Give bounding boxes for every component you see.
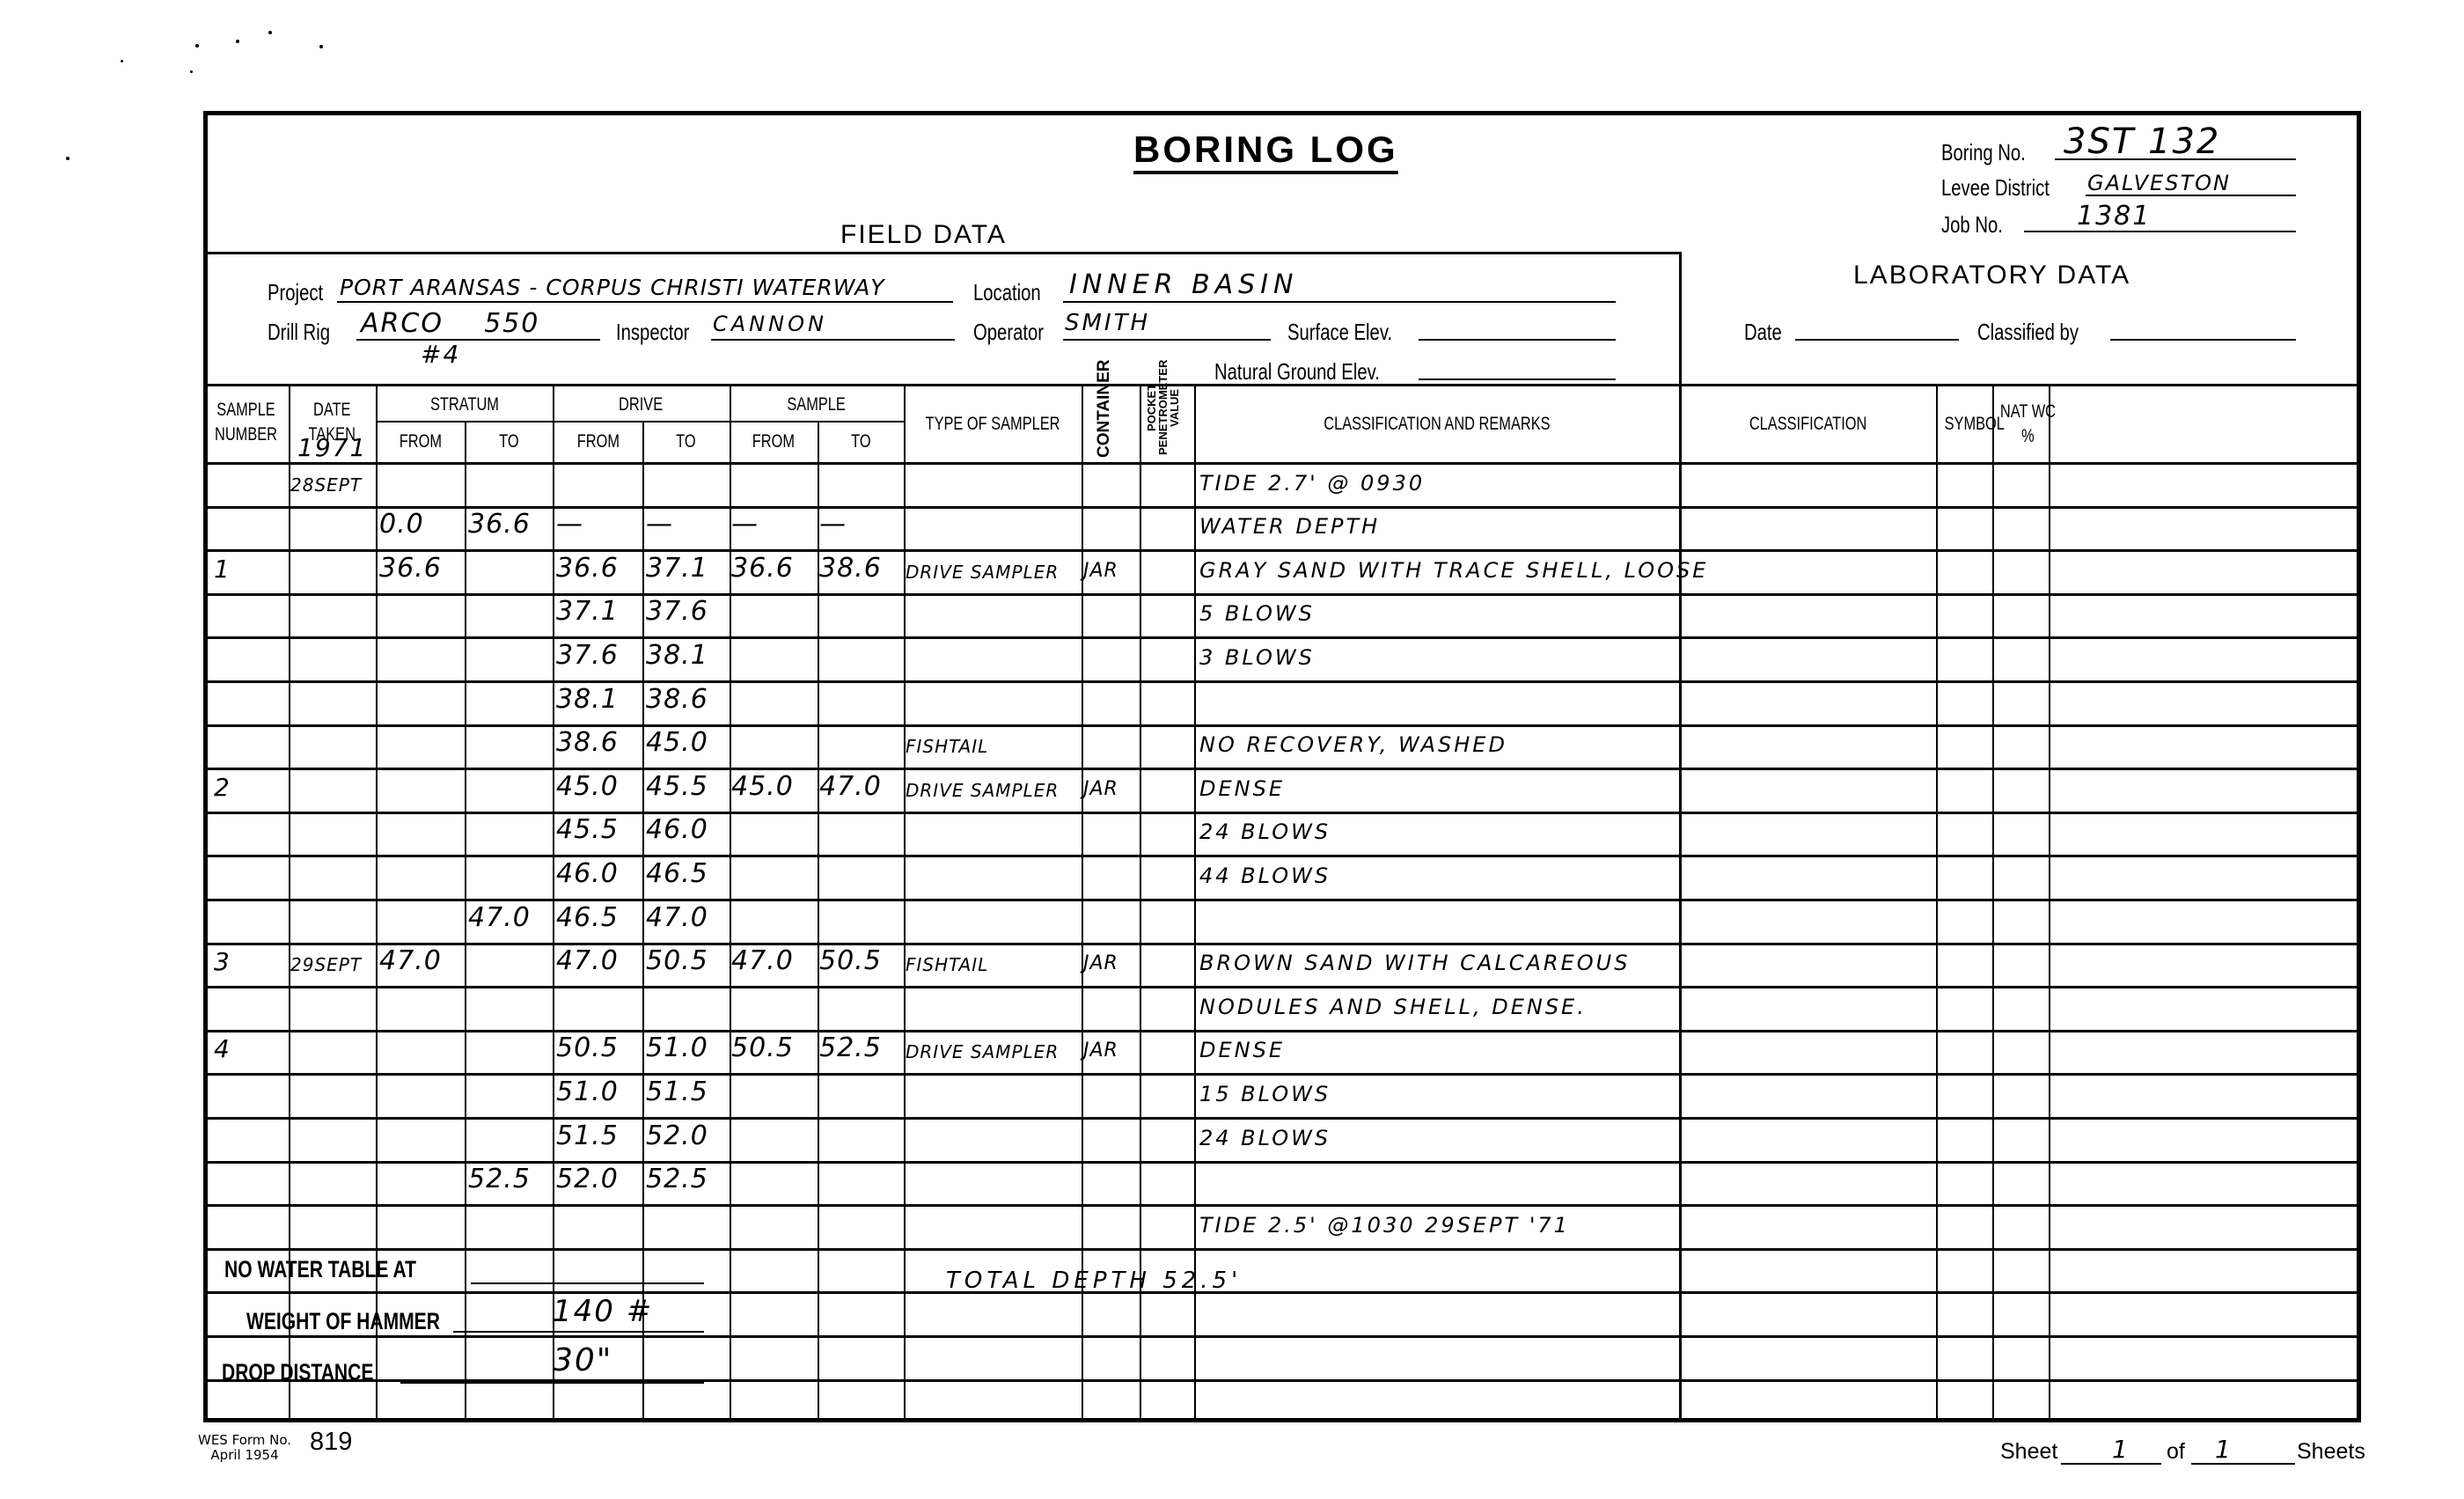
col-to: TO (818, 431, 904, 452)
drive-to-cell[interactable]: 51.0 (646, 1032, 708, 1063)
remarks-cell[interactable]: TIDE 2.5' @1030 29SEPT '71 (1199, 1213, 1570, 1238)
project-line (337, 301, 953, 303)
project-label: Project (268, 279, 339, 306)
container-cell[interactable]: JAR (1083, 778, 1118, 800)
drop-distance-value[interactable]: 30" (553, 1342, 612, 1378)
remarks-cell[interactable]: 44 BLOWS (1199, 863, 1331, 888)
remarks-cell[interactable]: 24 BLOWS (1199, 1126, 1331, 1150)
classified-by-field[interactable] (2110, 339, 2296, 341)
remarks-cell[interactable]: 15 BLOWS (1199, 1082, 1331, 1106)
remarks-cell[interactable]: 24 BLOWS (1199, 819, 1331, 844)
col-classification: CLASSIFICATION (1680, 414, 1936, 435)
container-cell[interactable]: JAR (1083, 1040, 1118, 1062)
operator-line (1063, 339, 1271, 341)
drop-distance-line (400, 1382, 704, 1384)
drop-distance-label: DROP DISTANCE (222, 1359, 416, 1386)
scan-speck (66, 157, 70, 160)
natural-ground-elev-label: Natural Ground Elev. (1214, 358, 1426, 386)
sampler-type-cell[interactable]: DRIVE SAMPLER (906, 780, 1059, 801)
sample-from-cell[interactable]: 36.6 (731, 553, 794, 584)
job-no-label: Job No. (1941, 211, 2020, 239)
operator-value[interactable]: SMITH (1065, 310, 1150, 336)
drive-from-cell[interactable]: 52.0 (556, 1164, 619, 1194)
sample-to-cell[interactable]: 52.5 (819, 1032, 882, 1063)
lab-date-label: Date (1744, 319, 1793, 346)
drill-rig-line (356, 339, 600, 341)
col-from: FROM (554, 431, 642, 452)
classified-by-label: Classified by (1977, 319, 2107, 346)
sample-to-cell[interactable]: 38.6 (819, 553, 882, 584)
inspector-label: Inspector (616, 319, 710, 346)
drive-from-cell[interactable]: 37.6 (556, 640, 619, 671)
sample-to-cell[interactable]: — (819, 509, 847, 540)
col-to: TO (642, 431, 730, 452)
hammer-weight-value[interactable]: 140 # (553, 1294, 653, 1329)
sample-from-cell[interactable]: 47.0 (731, 945, 794, 976)
row-divider (203, 1335, 2361, 1338)
drive-to-cell[interactable]: 52.5 (646, 1164, 708, 1194)
sample-from-cell[interactable]: 45.0 (731, 771, 794, 802)
sample-from-cell[interactable]: 50.5 (731, 1032, 794, 1063)
sample-from-cell[interactable]: — (731, 509, 759, 540)
remarks-cell[interactable]: TIDE 2.7' @ 0930 (1199, 471, 1425, 496)
row-divider (203, 943, 2361, 945)
form-number: 819 (310, 1428, 352, 1457)
date-taken-cell[interactable]: 29SEPT (290, 954, 362, 975)
sheet-no-line (2061, 1463, 2161, 1465)
sampler-type-cell[interactable]: DRIVE SAMPLER (906, 562, 1059, 583)
row-divider (203, 1248, 2361, 1251)
column-divider (1140, 384, 1141, 1422)
sample-number-cell[interactable]: 3 (214, 947, 231, 976)
col-pocket-penetrometer: POCKET PENETROMETER VALUE (1146, 356, 1188, 459)
column-divider (1194, 384, 1196, 1422)
location-label: Location (973, 279, 1060, 306)
row-divider (203, 549, 2361, 552)
scan-speck (195, 44, 199, 48)
drive-to-cell[interactable]: 51.5 (646, 1076, 708, 1107)
job-no-value[interactable]: 1381 (2077, 201, 2151, 231)
col-from: FROM (730, 431, 818, 452)
sample-number-cell[interactable]: 2 (214, 773, 231, 802)
stratum-to-cell[interactable]: 47.0 (468, 902, 531, 933)
job-no-line (2024, 231, 2296, 232)
drive-to-cell[interactable]: 38.6 (646, 684, 708, 715)
stratum-from-cell[interactable]: 47.0 (379, 945, 442, 976)
total-sheets-line (2191, 1463, 2295, 1465)
row-divider (203, 1073, 2361, 1076)
remarks-cell[interactable]: NODULES AND SHELL, DENSE. (1199, 995, 1587, 1019)
col-drive: DRIVE (554, 394, 729, 415)
drill-rig-label: Drill Rig (268, 319, 348, 346)
row-divider (203, 812, 2361, 814)
col-container: CONTAINER (1096, 359, 1122, 458)
column-divider (1082, 384, 1083, 1422)
drive-from-cell[interactable]: 46.5 (556, 902, 619, 933)
table-header-top (203, 384, 2361, 386)
drive-from-cell[interactable]: 45.0 (556, 771, 619, 802)
location-value[interactable]: INNER BASIN (1069, 269, 1299, 300)
col-type-of-sampler: TYPE OF SAMPLER (904, 414, 1082, 435)
sampler-type-cell[interactable]: FISHTAIL (906, 736, 988, 757)
col-stratum: STRATUM (376, 394, 553, 415)
remarks-cell[interactable]: GRAY SAND WITH TRACE SHELL, LOOSE (1199, 558, 1708, 583)
of-label: of (2167, 1439, 2185, 1465)
column-divider (730, 384, 731, 1422)
sample-number-cell[interactable]: 4 (214, 1034, 231, 1063)
field-data-heading: FIELD DATA (840, 220, 1007, 250)
column-divider (1936, 384, 1938, 1422)
row-divider (203, 636, 2361, 639)
drive-to-cell[interactable]: 46.0 (646, 814, 708, 845)
row-divider (203, 724, 2361, 727)
col-symbol: SYMBOL (1936, 414, 1992, 435)
lab-date-field[interactable] (1795, 339, 1959, 341)
row-divider (203, 593, 2361, 596)
levee-district-label: Levee District (1941, 174, 2080, 202)
column-divider (2049, 384, 2050, 1422)
drive-to-cell[interactable]: 47.0 (646, 902, 708, 933)
laboratory-data-heading: LABORATORY DATA (1853, 261, 2130, 290)
drive-from-cell[interactable]: 47.0 (556, 945, 619, 976)
remarks-cell[interactable]: NO RECOVERY, WASHED (1199, 732, 1507, 757)
drive-to-cell[interactable]: 46.5 (646, 858, 708, 889)
location-line (1063, 301, 1616, 303)
drive-from-cell[interactable]: 38.6 (556, 727, 619, 758)
inspector-line (711, 339, 955, 341)
drive-to-cell[interactable]: 52.0 (646, 1121, 708, 1151)
sheets-label: Sheets (2297, 1439, 2365, 1465)
col-sample-number: SAMPLENUMBER (205, 398, 288, 447)
surface-elev-field[interactable] (1419, 339, 1616, 341)
sample-number-cell[interactable]: 1 (214, 555, 231, 584)
remarks-cell[interactable]: DENSE (1199, 776, 1285, 801)
column-divider (904, 384, 906, 1422)
col-from: FROM (376, 431, 465, 452)
row-divider (203, 1117, 2361, 1120)
remarks-cell[interactable]: DENSE (1199, 1038, 1285, 1062)
col-nat-wc: NAT WC% (1992, 400, 2049, 449)
sample-to-cell[interactable]: 47.0 (819, 771, 882, 802)
column-divider (642, 421, 644, 1422)
container-cell[interactable]: JAR (1083, 952, 1118, 974)
row-divider (203, 1030, 2361, 1032)
drive-from-cell[interactable]: 50.5 (556, 1032, 619, 1063)
drive-to-cell[interactable]: 37.1 (646, 553, 708, 584)
remarks-cell[interactable]: 3 BLOWS (1199, 645, 1315, 670)
col-to: TO (465, 431, 553, 452)
remarks-cell[interactable]: BROWN SAND WITH CALCAREOUS (1199, 951, 1630, 975)
drive-to-cell[interactable]: 50.5 (646, 945, 708, 976)
sheet-label: Sheet (2000, 1439, 2057, 1465)
hammer-weight-line (453, 1331, 704, 1333)
scan-speck (319, 45, 323, 48)
drive-from-cell[interactable]: 38.1 (556, 684, 619, 715)
row-divider (203, 768, 2361, 770)
subheader-divider (376, 421, 904, 423)
stratum-from-cell[interactable]: 0.0 (379, 509, 424, 540)
stratum-to-cell[interactable]: 52.5 (468, 1164, 531, 1194)
sampler-type-cell[interactable]: DRIVE SAMPLER (906, 1041, 1059, 1062)
drive-to-cell[interactable]: 45.5 (646, 771, 708, 802)
boring-no-label: Boring No. (1941, 139, 2050, 166)
levee-district-value[interactable]: GALVESTON (2087, 171, 2231, 195)
total-sheets[interactable]: 1 (2215, 1435, 2233, 1464)
col-classification-remarks: CLASSIFICATION AND REMARKS (1194, 414, 1679, 435)
drive-from-cell[interactable]: 51.0 (556, 1076, 619, 1107)
drive-from-cell[interactable]: 36.6 (556, 553, 619, 584)
natural-ground-elev-field[interactable] (1419, 378, 1616, 380)
drive-to-cell[interactable]: 38.1 (646, 640, 708, 671)
sampler-type-cell[interactable]: FISHTAIL (906, 954, 988, 975)
row-divider (203, 680, 2361, 683)
boring-no-value[interactable]: 3ST 132 (2064, 121, 2220, 162)
row-divider (203, 1204, 2361, 1207)
column-divider (553, 384, 554, 1422)
sample-to-cell[interactable]: 50.5 (819, 945, 882, 976)
project-value[interactable]: PORT ARANSAS - CORPUS CHRISTI WATERWAY (340, 275, 885, 300)
remarks-cell[interactable]: 5 BLOWS (1199, 601, 1315, 626)
drill-rig-value[interactable]: ARCO 550 (361, 308, 539, 339)
form-title: BORING LOG (1133, 129, 1398, 171)
stratum-from-cell[interactable]: 36.6 (379, 553, 442, 584)
drive-from-cell[interactable]: 46.0 (556, 858, 619, 889)
drive-to-cell[interactable]: 37.6 (646, 596, 708, 627)
operator-label: Operator (973, 319, 1064, 346)
drive-to-cell[interactable]: 45.0 (646, 727, 708, 758)
sheet-no[interactable]: 1 (2112, 1435, 2130, 1464)
scan-speck (236, 40, 239, 43)
row-divider (203, 1291, 2361, 1294)
drill-rig-value-line2: #4 (421, 340, 460, 369)
drive-from-cell[interactable]: 37.1 (556, 596, 619, 627)
surface-elev-label: Surface Elev. (1287, 319, 1422, 346)
date-taken-cell[interactable]: 28SEPT (290, 474, 362, 496)
remarks-cell[interactable]: WATER DEPTH (1199, 514, 1380, 539)
row-divider (203, 899, 2361, 901)
column-divider (1992, 384, 1994, 1422)
drive-to-cell[interactable]: — (646, 509, 673, 540)
scan-speck (268, 31, 272, 34)
row-divider (203, 986, 2361, 988)
col-sample: SAMPLE (730, 394, 904, 415)
scan-speck (190, 70, 193, 73)
stratum-to-cell[interactable]: 36.6 (468, 509, 531, 540)
table-header-bottom (203, 462, 2361, 465)
container-cell[interactable]: JAR (1083, 560, 1118, 582)
water-table-field[interactable] (471, 1282, 704, 1284)
field-data-divider (203, 252, 1682, 254)
date-year: 1971 (297, 433, 367, 462)
drive-from-cell[interactable]: 51.5 (556, 1121, 619, 1151)
drive-from-cell[interactable]: — (556, 509, 583, 540)
row-divider (203, 855, 2361, 857)
total-depth: TOTAL DEPTH 52.5' (946, 1268, 1242, 1294)
column-divider (1679, 384, 1681, 1422)
drive-from-cell[interactable]: 45.5 (556, 814, 619, 845)
form-number-label: WES Form No.April 1954 (198, 1433, 291, 1463)
water-table-label: NO WATER TABLE AT (224, 1256, 470, 1283)
scan-speck (121, 60, 123, 62)
inspector-value[interactable]: CANNON (713, 312, 827, 336)
